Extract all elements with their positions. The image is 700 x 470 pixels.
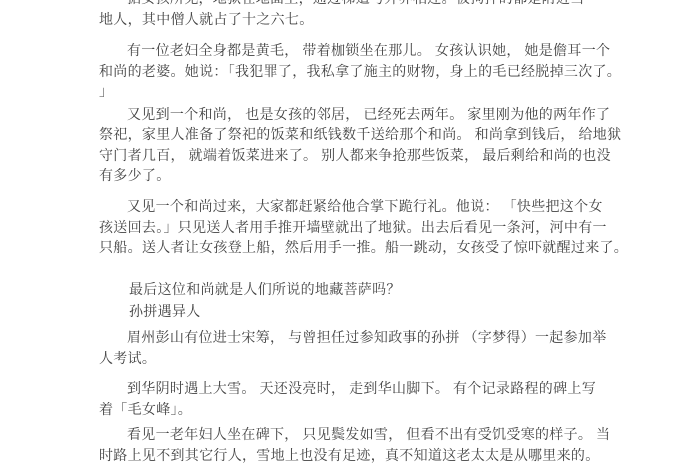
- text-line: 到华阴时遇上大雪。 天还没亮时， 走到华山脚下。 有个记录路程的碑上写: [127, 383, 596, 397]
- text-line: 眉州彭山有位进士宋筹， 与曾担任过参知政事的孙拼 （字梦得）一起参加举: [127, 332, 607, 346]
- text-line: 孩送回去。」只见送人者用手推开墙壁就出了地狱。出去后看见一条河，河中有一: [99, 222, 607, 236]
- text-line: 有一位老妇全身都是黄毛， 带着枷锁坐在那儿。 女孩认识她， 她是儋耳一个: [127, 45, 610, 59]
- text-line: 又见一个和尚过来，大家都赶紧给他合掌下跪行礼。他说： 「快些把这个女: [127, 201, 603, 215]
- text-line: 只船。送人者让女孩登上船，然后用手一推。船一跳动，女孩受了惊吓就醒过来了。: [99, 242, 628, 256]
- text-line: 和尚的老婆。她说：「我犯罪了，我私拿了施主的财物，身上的毛已经脱掉三次了。: [99, 66, 621, 80]
- text-line: 又见到一个和尚， 也是女孩的邻居， 已经死去两年。 家里刚为他的两年作了: [127, 109, 610, 123]
- text-line: 有多少了。: [99, 170, 171, 184]
- text-line: 祭祀，家里人准备了祭祀的饭菜和纸钱数千送给那个和尚。 和尚拿到钱后， 给地狱: [99, 129, 621, 143]
- text-line: 时路上见不到其它行人，雪地上也没有足迹，真不知道这老太太是从哪里来的。: [99, 450, 600, 464]
- section-heading: 孙拼遇异人: [129, 306, 201, 320]
- text-line-clipped: 据女孩所见，地狱在地面上，通过梯道与外界相连。被拘押的都是附近当: [127, 0, 585, 7]
- text-line: 人考试。: [99, 353, 156, 367]
- text-line: 地人，其中僧人就占了十之六七。: [99, 14, 314, 28]
- text-line-question: 最后这位和尚就是人们所说的地藏菩萨吗？: [129, 284, 401, 298]
- text-line: 看见一老年妇人坐在碑下， 只见鬓发如雪， 但看不出有受饥受寒的样子。 当: [127, 429, 610, 443]
- text-line: 着「毛女峰」。: [99, 404, 192, 418]
- document-page: 据女孩所见，地狱在地面上，通过梯道与外界相连。被拘押的都是附近当 地人，其中僧人…: [0, 0, 700, 470]
- text-line: 」: [99, 86, 113, 100]
- text-line: 守门者几百， 就端着饭菜进来了。 别人都来争抢那些饭菜， 最后剩给和尚的也没: [99, 150, 611, 164]
